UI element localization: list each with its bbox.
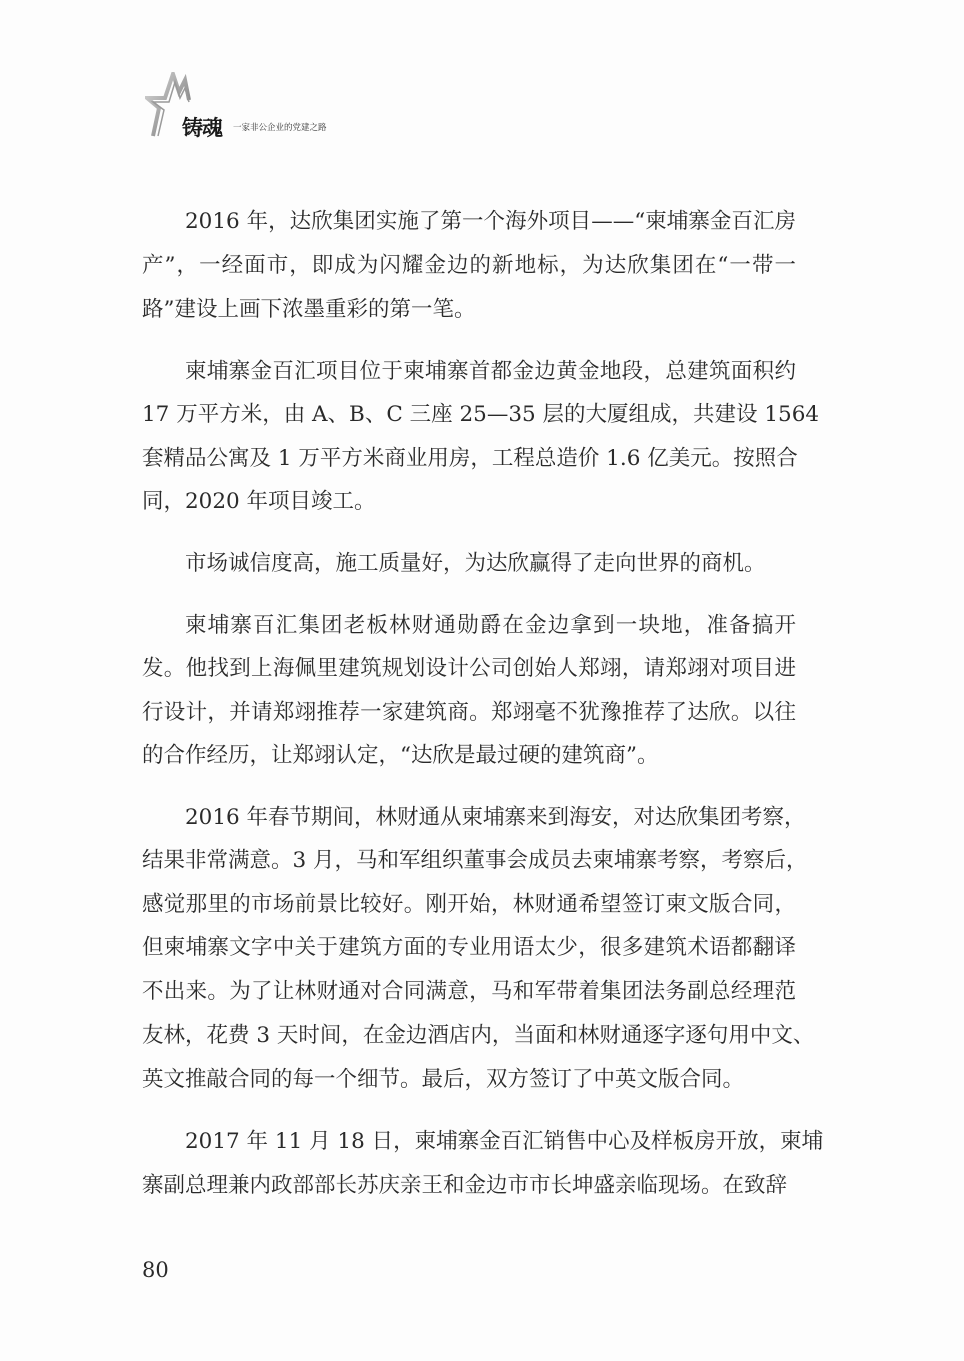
paragraph-line: 2016 年，达欣集团实施了第一个海外项目——“柬埔寨金百汇房 [185,207,796,237]
paragraph-line: 寨副总理兼内政部部长苏庆亲王和金边市市长坤盛亲临现场。在致辞 [142,1171,796,1201]
book-title: 铸魂 [182,112,222,142]
paragraph-line: 结果非常满意。3 月，马和军组织董事会成员去柬埔寨考察，考察后， [142,846,796,876]
paragraph-line: 同，2020 年项目竣工。 [142,487,796,517]
paragraph-line: 套精品公寓及 1 万平方米商业用房，工程总造价 1.6 亿美元。按照合 [142,444,796,474]
paragraph-line: 不出来。为了让林财通对合同满意，马和军带着集团法务副总经理范 [142,977,796,1007]
paragraph-line: 柬埔寨金百汇项目位于柬埔寨首都金边黄金地段，总建筑面积约 [185,357,796,387]
book-subtitle: 一家非公企业的党建之路 [233,121,327,133]
page-number: 80 [142,1256,169,1284]
paragraph-line: 感觉那里的市场前景比较好。刚开始，林财通希望签订柬文版合同， [142,890,796,920]
paragraph-line: 英文推敲合同的每一个细节。最后，双方签订了中英文版合同。 [142,1065,796,1095]
running-header: 铸魂 一家非公企业的党建之路 [145,72,405,142]
paragraph-line: 2017 年 11 月 18 日，柬埔寨金百汇销售中心及样板房开放，柬埔 [185,1127,796,1157]
paragraph-line: 路”建设上画下浓墨重彩的第一笔。 [142,295,796,325]
paragraph-line: 的合作经历，让郑翊认定，“达欣是最过硬的建筑商”。 [142,741,796,771]
paragraph-line: 产”，一经面市，即成为闪耀金边的新地标，为达欣集团在“一带一 [142,251,796,281]
paragraph-line: 市场诚信度高，施工质量好，为达欣赢得了走向世界的商机。 [185,549,796,579]
paragraph-line: 但柬埔寨文字中关于建筑方面的专业用语太少，很多建筑术语都翻译 [142,933,796,963]
paragraph-line: 发。他找到上海佩里建筑规划设计公司创始人郑翊，请郑翊对项目进 [142,654,796,684]
paragraph-line: 行设计，并请郑翊推荐一家建筑商。郑翊毫不犹豫推荐了达欣。以往 [142,698,796,728]
paragraph-line: 17 万平方米，由 A、B、C 三座 25—35 层的大厦组成，共建设 1564 [142,400,796,430]
paragraph-line: 2016 年春节期间，林财通从柬埔寨来到海安，对达欣集团考察， [185,803,796,833]
paragraph-line: 柬埔寨百汇集团老板林财通勋爵在金边拿到一块地，准备搞开 [185,611,796,641]
paragraph-line: 友林，花费 3 天时间，在金边酒店内，当面和林财通逐字逐句用中文、 [142,1021,796,1051]
